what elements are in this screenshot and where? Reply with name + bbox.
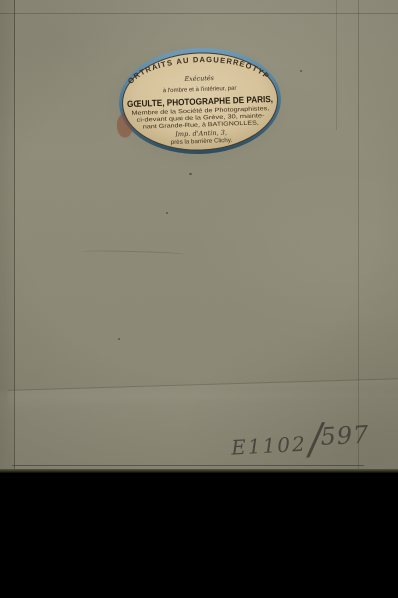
- inscription-number: 597: [320, 420, 370, 451]
- fold-line-right-upper: [336, 0, 337, 130]
- crease-top: [0, 13, 398, 14]
- photo-of-card-back: PORTRAITS AU DAGUERRÉOTYPE Exécutés à l'…: [0, 0, 398, 598]
- paper-speck: [189, 173, 192, 175]
- photographer-label: PORTRAITS AU DAGUERRÉOTYPE Exécutés à l'…: [117, 46, 283, 156]
- crease-small: [82, 250, 186, 257]
- paper-speck: [166, 212, 168, 214]
- inscription-prefix: E1102: [231, 432, 308, 460]
- paper-speck: [300, 70, 302, 72]
- card-bottom-edge: [0, 469, 398, 473]
- handwritten-inscription: E1102 / 597: [230, 410, 371, 469]
- paper-speck: [118, 338, 120, 340]
- label-line-executes: Exécutés: [183, 74, 214, 83]
